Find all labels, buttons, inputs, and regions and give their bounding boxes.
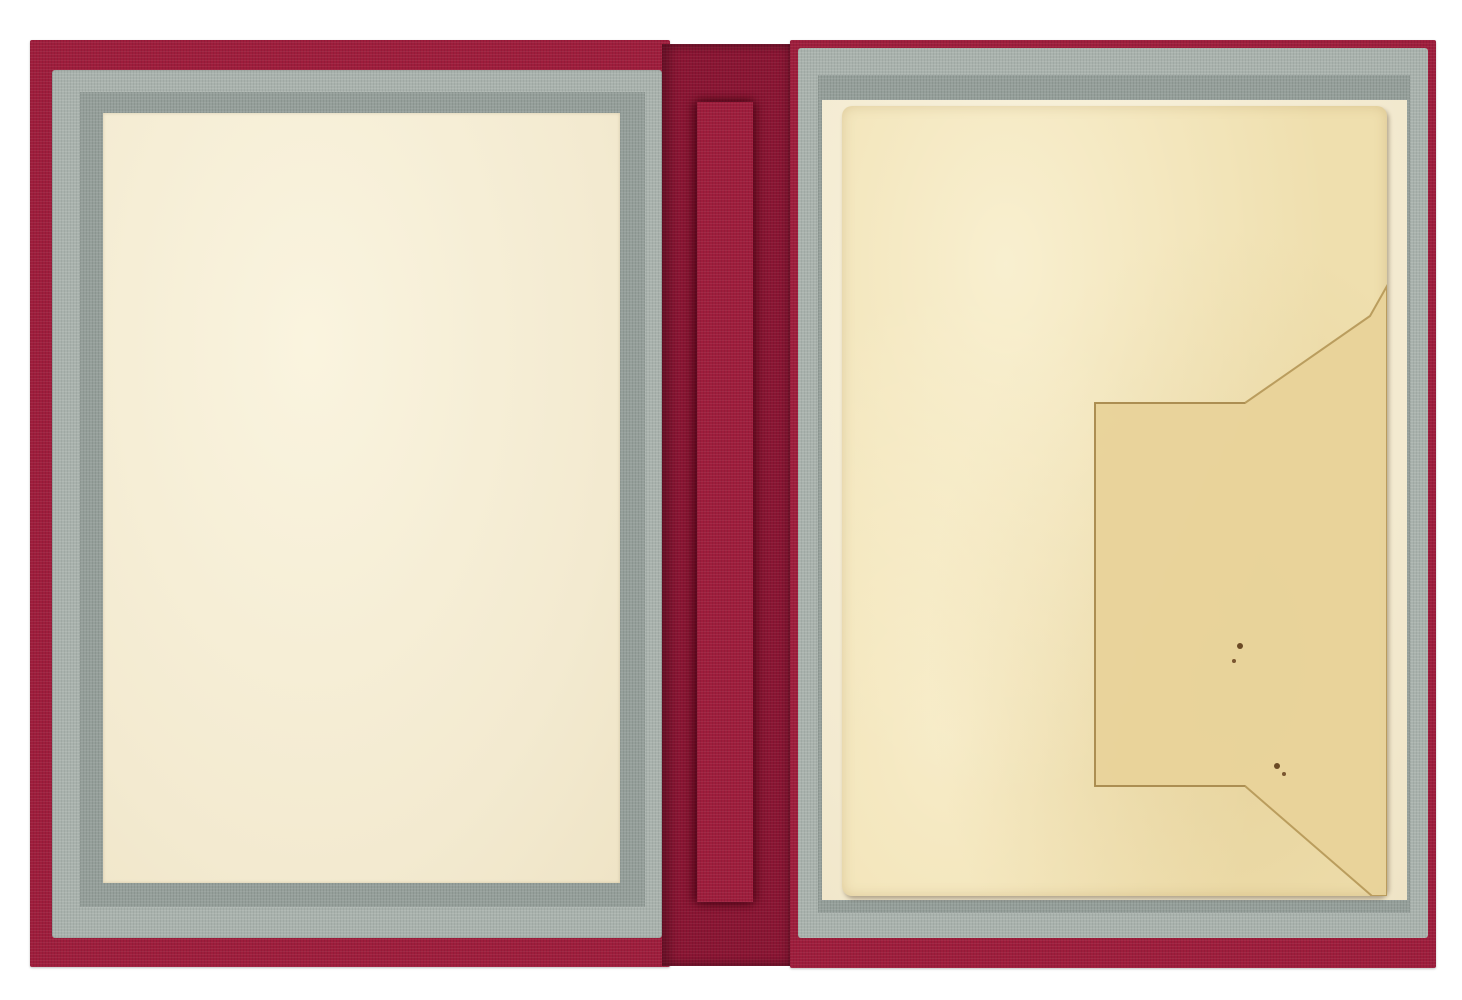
- vellum-book: Vellum-bound book with wallet flap: [842, 106, 1387, 896]
- wallet-flap-icon: [842, 106, 1387, 896]
- left-card: Blank cream card: [103, 113, 620, 883]
- spine-raised-panel: [697, 102, 753, 902]
